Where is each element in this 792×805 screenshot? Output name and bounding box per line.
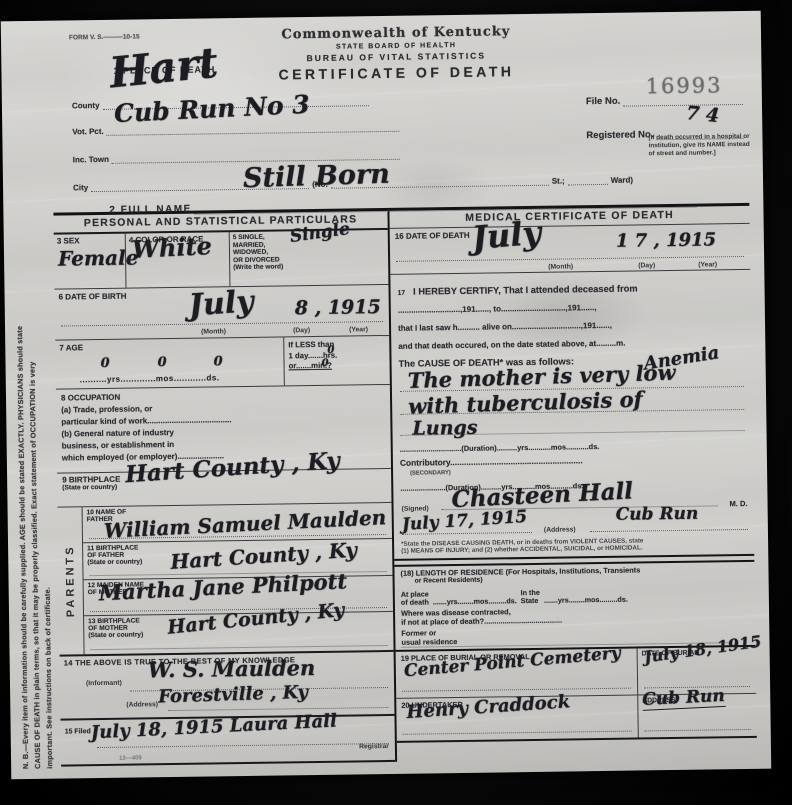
inc-town-label: Inc. Town [73,155,109,165]
commonwealth-title: Commonwealth of Kentucky [231,24,561,44]
dob-day-sub: (Day) [293,327,310,334]
signed-label: (Signed) [402,505,429,512]
hw-age-days: 0 [213,354,222,369]
dod-day-sub: (Day) [638,262,655,269]
hw-dod-day-year: 1 7 , 1915 [616,229,717,251]
at-place-labels: At place of death [401,591,429,607]
hw-cause-line-3: Lungs [412,417,477,440]
sign-address-label: (Address) [544,526,576,533]
hw-undertaker-address: Cub Run [642,686,725,711]
hw-registered-no: 7 4 [685,102,720,127]
hw-less-hours: 0 [327,345,334,356]
informant-label: (Informant) [86,680,122,688]
certificate-title: CERTIFICATE OF DEATH [231,63,561,84]
informant-address-line [168,707,388,711]
hw-sign-address: Cub Run [616,504,699,525]
hw-full-name: Still Born [242,159,390,195]
md-label: M. D. [729,499,747,508]
undertaker-address-line [645,729,751,731]
margin-note-line3: important. See instructions on back of c… [43,587,55,769]
full-name-label: 2 FULL NAME [109,204,192,216]
form-number: FORM V. S.———10-15 [69,33,140,41]
file-no-label: File No. [586,96,620,107]
sign-address-line [590,529,748,532]
filed-label: 15 Filed [65,728,91,735]
state-header: Commonwealth of Kentucky STATE BOARD OF … [231,24,562,84]
hw-sex: Female [58,245,139,270]
dod-year-sub: (Year) [698,261,717,268]
residence-units-1: .......yrs........mos.........ds. [433,596,517,606]
dob-line [61,321,383,326]
less-than-day-cell: If LESS than 1 day.......hrs. or.......m… [283,336,390,385]
registered-no-label: Registered No. [586,129,653,141]
hw-age-months: 0 [157,355,166,370]
burial-place-line [402,688,631,692]
secondary-label: (SECONDARY) [410,470,451,477]
bureau-subtitle: BUREAU OF VITAL STATISTICS [231,50,561,65]
parents-vertical-label: PARENTS [58,507,85,654]
mother-bp-line [91,645,388,650]
hw-informant-signature: W. S. Maulden [148,655,316,682]
certify-number: 17 [398,290,406,297]
hw-race: White [131,231,212,264]
hw-dod-month: July [470,213,542,257]
filed-line [97,743,389,748]
residence-section: (18) LENGTH OF RESIDENCE (For Hospitals,… [394,562,755,650]
in-state-labels: In the State [521,589,540,605]
parents-label-text: PARENTS [64,544,77,617]
in-state-2: State [521,597,540,605]
residence-units-2: .......yrs........mos.........ds. [544,595,628,605]
dod-line [396,256,744,262]
death-certificate-document: N. B.—Every item of information should b… [1,11,772,780]
registrar-label: Registrar [359,743,389,750]
age-units: ..........yrs.............mos...........… [80,373,220,384]
age-label: 7 AGE [55,337,283,355]
dob-year-sub: (Year) [349,326,368,333]
file-no-line [623,104,743,107]
margin-note-line2: CAUSE OF DEATH in plain terms, so that i… [27,361,42,769]
hw-dob-month: July [188,284,255,323]
informant-address-label: (Address) [126,701,158,708]
city-label: City [73,183,88,192]
hw-less-minutes: 0 [321,358,328,369]
less-label-3: or.......min.? [289,360,386,372]
form-code: 13—409 [119,755,142,761]
voting-precinct-label: Vot. Pct. [72,127,104,136]
hw-dob-day-year: 8 , 1915 [295,296,381,319]
undertaker-line [403,731,632,735]
dob-month-sub: (Month) [201,328,226,335]
hospital-instruction-note: [If death occurred in a hospital or inst… [648,133,750,158]
county-label: County [72,101,100,110]
marital-label-5: (Write the word) [233,262,385,272]
age-cell: 7 AGE ..........yrs.............mos.....… [55,337,284,388]
file-no-value: 16993 [646,73,723,98]
hw-age-years: 0 [100,356,109,371]
dod-month-sub: (Month) [548,263,573,270]
at-place-2: of death [401,599,429,607]
